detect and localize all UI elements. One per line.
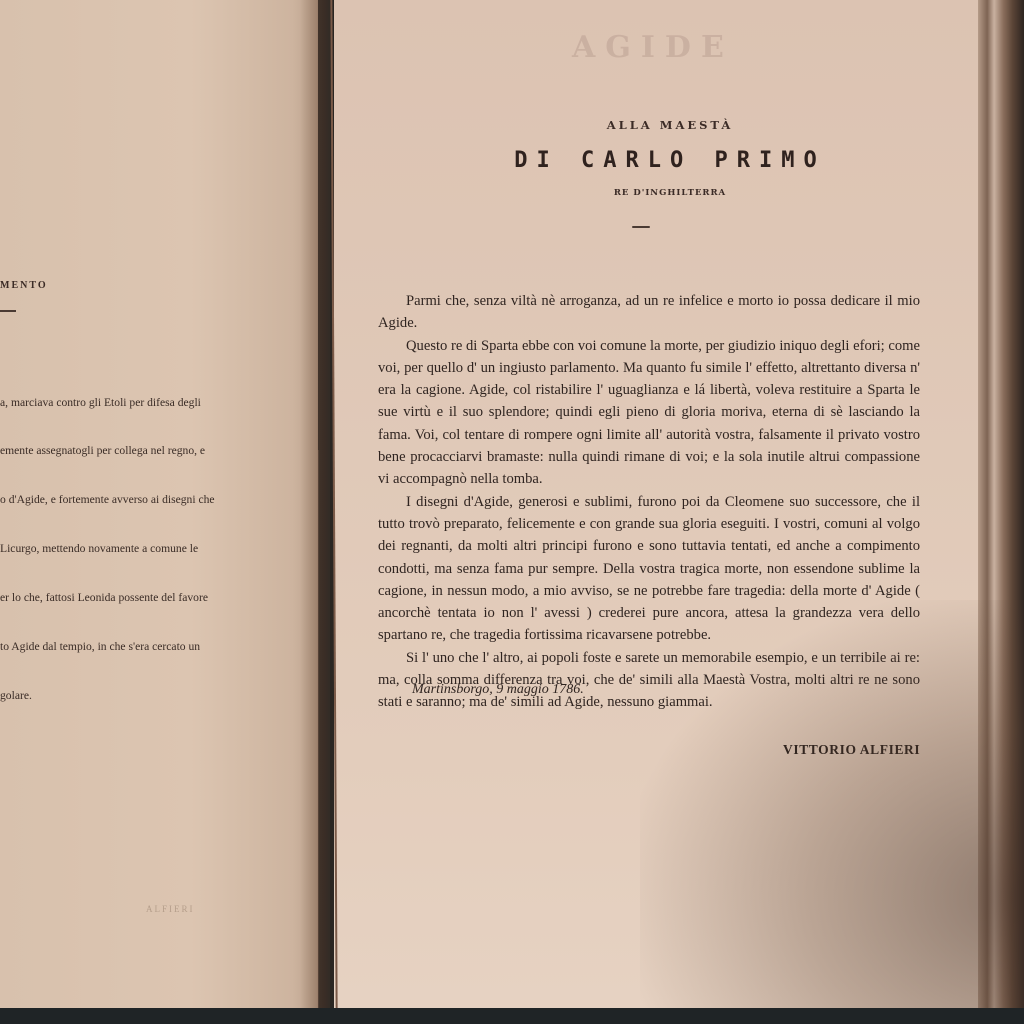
table-surface (0, 1008, 1024, 1024)
left-line: er lo che, fattosi Leonida possente del … (0, 590, 245, 606)
dedication-title: DI CARLO PRIMO (480, 148, 860, 173)
left-page-text: a, marciava contro gli Etoli per difesa … (0, 362, 245, 737)
ornament-divider (632, 226, 650, 228)
left-line: a, marciava contro gli Etoli per difesa … (0, 395, 245, 411)
open-book-photo: AGIDE MENTO a, marciava contro gli Etoli… (0, 0, 1024, 1024)
bleed-through-title: AGIDE (572, 30, 734, 65)
paragraph: Parmi che, senza viltà nè arroganza, ad … (378, 290, 920, 335)
left-line: o d'Agide, e fortemente avverso ai diseg… (0, 492, 245, 508)
dedication-body: Parmi che, senza viltà nè arroganza, ad … (378, 290, 920, 714)
paragraph: I disegni d'Agide, generosi e sublimi, f… (378, 491, 920, 647)
dedication-line: ALLA MAESTÀ (520, 118, 820, 132)
paragraph: Questo re di Sparta ebbe con voi comune … (378, 335, 920, 491)
left-line: emente assegnatogli per collega nel regn… (0, 443, 245, 459)
dedication-subtitle: RE D'INGHILTERRA (520, 188, 820, 198)
left-heading-rule (0, 310, 16, 312)
dateline: Martinsborgo, 9 maggio 1786. (412, 682, 584, 698)
left-line: to Agide dal tempio, in che s'era cercat… (0, 639, 245, 655)
left-page-heading: MENTO (0, 280, 48, 291)
paragraph: Si l' uno che l' altro, ai popoli foste … (378, 647, 920, 714)
left-line: Licurgo, mettendo novamente a comune le (0, 541, 245, 557)
left-page-footer: ALFIERI (146, 904, 195, 914)
left-line: golare. (0, 688, 245, 704)
signature: VITTORIO ALFIERI (783, 742, 920, 758)
book-gutter-shadow (300, 0, 330, 1024)
page-stack-edge (978, 0, 1024, 1024)
